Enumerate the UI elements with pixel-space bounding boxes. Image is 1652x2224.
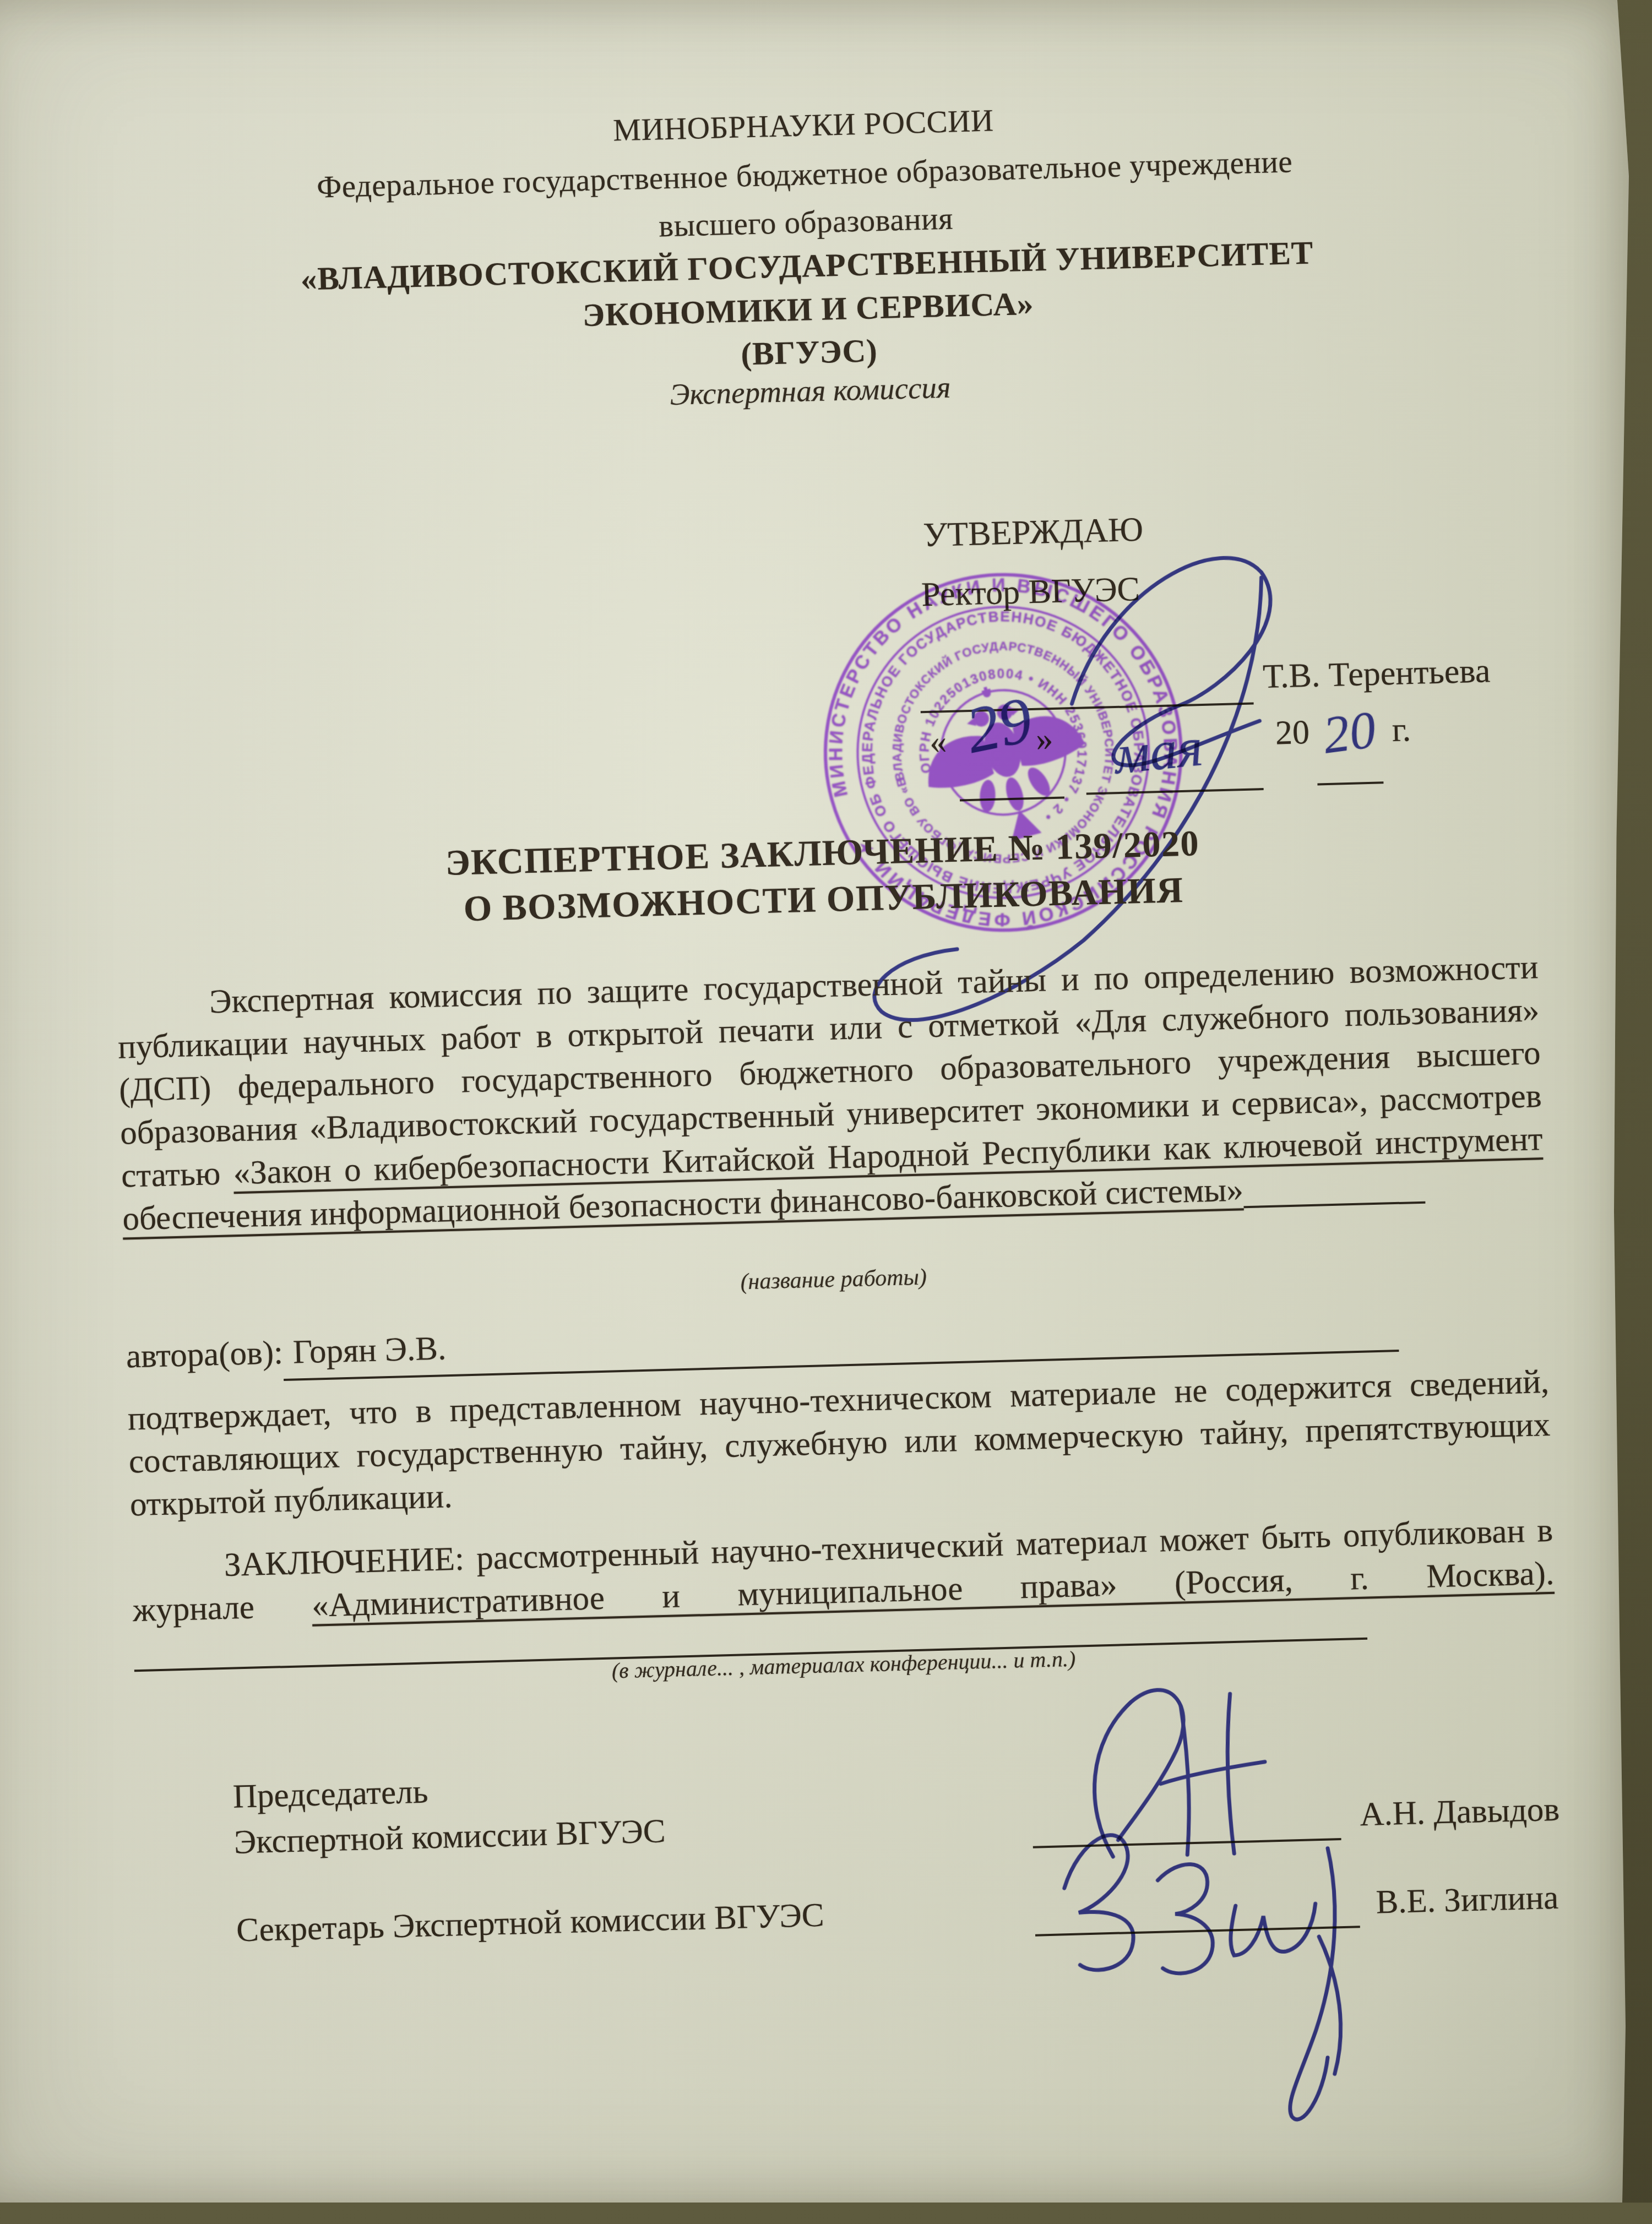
secretary-signature (1029, 1770, 1390, 2131)
photo-background: МИНОБРНАУКИ РОССИИ Федеральное государст… (0, 0, 1652, 2203)
paragraph-confirmation: подтверждает, что в представленном научн… (127, 1361, 1552, 1527)
chairman-role-line2: Экспертной комиссии ВГУЭС (233, 1812, 666, 1862)
chairman-name: А.Н. Давыдов (1360, 1791, 1560, 1834)
chairman-role-line1: Председатель (232, 1772, 428, 1816)
date-year-line (1317, 781, 1383, 785)
approver-name: Т.В. Терентьева (1262, 651, 1491, 697)
document-page: МИНОБРНАУКИ РОССИИ Федеральное государст… (0, 0, 1652, 2203)
caption-work-title: (название работы) (8, 1245, 1652, 1315)
document-content: МИНОБРНАУКИ РОССИИ Федеральное государст… (0, 0, 1652, 2203)
handwritten-year: 20 (1319, 699, 1379, 765)
date-year-suffix: г. (1392, 710, 1411, 750)
work-title-blank-line (1244, 1201, 1426, 1209)
paragraph-commission: Экспертная комиссия по защите государств… (116, 946, 1544, 1241)
secretary-role: Секретарь Экспертной комиссии ВГУЭС (236, 1896, 824, 1950)
secretary-name: В.Е. Зиглина (1376, 1879, 1559, 1922)
authors-label: автора(ов): (126, 1334, 284, 1375)
